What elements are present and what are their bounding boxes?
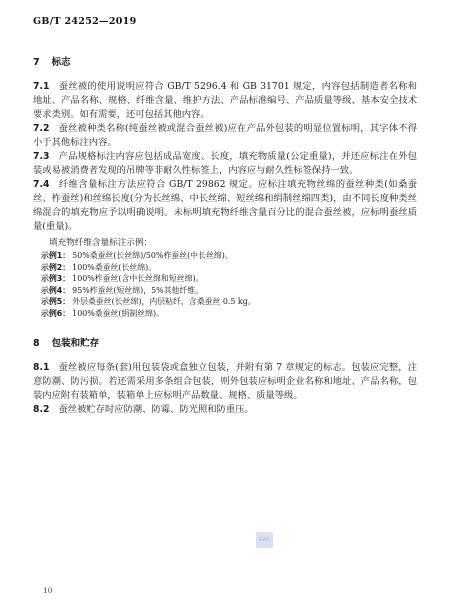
clause-7-2-text: 蚕丝被种类名称(纯蚕丝被或混合蚕丝被)应在产品外包装的明显位置标明，其字体不得小… (33, 123, 417, 148)
clause-7-2-number: 7.2 (33, 123, 49, 134)
example-2-label: 示例2： (41, 263, 70, 272)
standard-number-header: GB/T 24252—2019 (33, 16, 417, 27)
section-8-title: 包装和贮存 (52, 338, 100, 349)
page-number: 10 (43, 586, 53, 595)
example-6-label: 示例6： (41, 309, 70, 318)
clause-7-3-text: 产品规格标注内容应包括成品宽度、长度，填充物质量(公定重量)，并还应标注在外包装… (33, 151, 417, 176)
example-3-text: 100%柞蚕丝(含中长丝绵和短丝绵)。 (72, 274, 203, 283)
clause-8-1-number: 8.1 (33, 362, 49, 373)
clause-7-1-text: 蚕丝被的使用说明应符合 GB/T 5296.4 和 GB 31701 规定，内容… (33, 81, 417, 120)
example-6: 示例6：100%桑蚕丝(绢制丝绵)。 (33, 308, 417, 320)
section-8-heading: 8包装和贮存 (33, 335, 417, 349)
clause-7-3: 7.3产品规格标注内容应包括成品宽度、长度，填充物质量(公定重量)，并还应标注在… (33, 150, 417, 178)
clause-8-2-number: 8.2 (33, 404, 49, 415)
example-5-text: 外层桑蚕丝(长丝绵)，内层粘纤，含桑蚕丝 0.5 kg。 (72, 297, 255, 306)
clause-8-1: 8.1蚕丝被应每条(套)用包装袋或盒独立包装，并附有第 7 章规定的标志。包装应… (33, 361, 417, 403)
section-7-heading: 7标志 (33, 54, 417, 68)
section-8-number: 8 (33, 338, 40, 349)
example-1-text: 50%桑蚕丝(长丝绵)/50%柞蚕丝(中长丝绵)。 (72, 251, 233, 260)
clause-7-2: 7.2蚕丝被种类名称(纯蚕丝被或混合蚕丝被)应在产品外包装的明显位置标明，其字体… (33, 122, 417, 150)
fiber-content-examples-block: 填充物纤维含量标注示例： 示例1：50%桑蚕丝(长丝绵)/50%柞蚕丝(中长丝绵… (33, 237, 417, 320)
clause-7-3-number: 7.3 (33, 151, 49, 162)
clause-7-4-number: 7.4 (33, 179, 49, 190)
clause-7-4-text: 纤维含量标注方法应符合 GB/T 29862 规定。应标注填充物丝绵的蚕丝种类(… (33, 179, 417, 232)
clause-8-2: 8.2蚕丝被贮存时应防潮、防霉、防光照和防重压。 (33, 403, 417, 417)
example-6-text: 100%桑蚕丝(绢制丝绵)。 (72, 309, 164, 318)
example-1: 示例1：50%桑蚕丝(长丝绵)/50%柞蚕丝(中长丝绵)。 (33, 250, 417, 262)
example-2: 示例2：100%桑蚕丝(长丝绵)。 (33, 262, 417, 274)
clause-8-1-text: 蚕丝被应每条(套)用包装袋或盒独立包装，并附有第 7 章规定的标志。包装应完整，… (33, 362, 417, 401)
example-3-label: 示例3： (41, 274, 70, 283)
page-content: GB/T 24252—2019 7标志 7.1蚕丝被的使用说明应符合 GB/T … (0, 0, 450, 417)
sac-watermark-icon: SAC (256, 532, 273, 548)
example-4-text: 95%柞蚕丝(短丝绵)，5%其他纤维。 (72, 286, 203, 295)
example-4: 示例4：95%柞蚕丝(短丝绵)，5%其他纤维。 (33, 285, 417, 297)
example-4-label: 示例4： (41, 286, 70, 295)
clause-7-4: 7.4纤维含量标注方法应符合 GB/T 29862 规定。应标注填充物丝绵的蚕丝… (33, 178, 417, 234)
clause-7-1: 7.1蚕丝被的使用说明应符合 GB/T 5296.4 和 GB 31701 规定… (33, 80, 417, 122)
clause-8-2-text: 蚕丝被贮存时应防潮、防霉、防光照和防重压。 (58, 404, 253, 415)
document-page: GB/T 24252—2019 7标志 7.1蚕丝被的使用说明应符合 GB/T … (0, 0, 450, 605)
example-5-label: 示例5： (41, 297, 70, 306)
example-3: 示例3：100%柞蚕丝(含中长丝绵和短丝绵)。 (33, 273, 417, 285)
examples-title: 填充物纤维含量标注示例： (33, 237, 417, 250)
example-2-text: 100%桑蚕丝(长丝绵)。 (72, 263, 156, 272)
example-1-label: 示例1： (41, 251, 70, 260)
example-5: 示例5：外层桑蚕丝(长丝绵)，内层粘纤，含桑蚕丝 0.5 kg。 (33, 296, 417, 308)
clause-7-1-number: 7.1 (33, 81, 49, 92)
section-7-number: 7 (33, 57, 40, 68)
section-7-title: 标志 (52, 57, 71, 68)
